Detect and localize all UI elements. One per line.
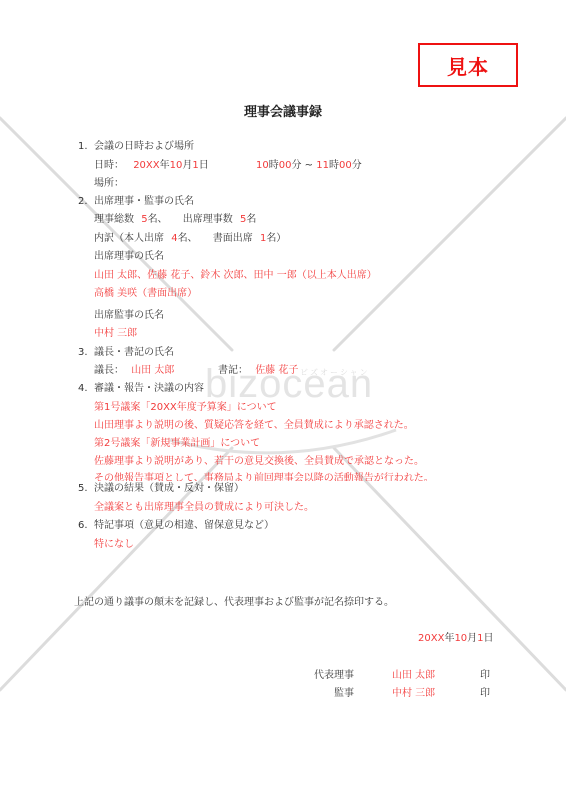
section-5-number: 5. [78,482,88,495]
attendance-breakdown: 内訳（本人出席 4名、 書面出席 1名） [94,232,286,245]
meeting-time: 10時00分 ~ 11時00分 [256,159,362,172]
secretary-label: 書記： [218,365,248,376]
time-start-min-unit: 分 ~ [291,160,316,171]
date-label: 日時： [94,160,124,171]
time-start-hour: 10 [256,160,269,171]
document-page: 見本 理事会議事録 1. 会議の日時および場所 日時： 20XX年10月1日 1… [0,0,566,800]
attending-directors-unit: 名 [246,214,256,225]
chair: 議長： 山田 太郎 [94,364,174,377]
date-year: 20XX [133,160,159,171]
time-end-hour-unit: 時 [329,160,339,171]
section-3-heading: 議長・書記の氏名 [94,346,174,359]
written-label: 書面出席 [213,233,253,244]
signature-name-representative: 山田 太郎 [392,669,435,682]
director-counts: 理事総数 5名、 出席理事数 5名 [94,213,256,226]
signature-seal-representative: 印 [480,669,490,682]
date-month-unit: 月 [182,160,192,171]
date-year-unit: 年 [160,160,170,171]
section-1-number: 1. [78,140,88,153]
directors-line-1: 山田 太郎、佐藤 花子、鈴木 次郎、田中 一郎（以上本人出席） [94,269,377,282]
closing-day-unit: 日 [484,633,494,644]
attending-directors-label: 出席理事数 [183,214,233,225]
section-6-heading: 特記事項（意見の相違、留保意見など） [94,519,274,532]
deliberation-line-1: 第1号議案「20XX年度予算案」について [94,401,277,414]
secretary: 書記： 佐藤 花子 [218,364,298,377]
total-directors-unit: 名、 [148,214,168,225]
sample-stamp: 見本 [418,43,518,87]
chair-name: 山田 太郎 [131,365,174,376]
deliberation-line-2: 山田理事より説明の後、質疑応答を経て、全員賛成により承認された。 [94,419,414,432]
date-month: 10 [170,160,183,171]
in-person-unit: 名、 [178,233,198,244]
section-2-number: 2. [78,195,88,208]
deliberation-line-4: 佐藤理事より説明があり、若干の意見交換後、全員賛成で承認となった。 [94,455,424,468]
secretary-name: 佐藤 花子 [255,365,298,376]
directors-heading: 出席理事の氏名 [94,250,164,263]
section-3-number: 3. [78,346,88,359]
deliberation-line-5: その他報告事項として、事務局より前回理事会以降の活動報告が行われた。 [94,472,434,481]
special-notes: 特になし [94,538,134,551]
signature-role-representative: 代表理事 [306,669,354,682]
page-title: 理事会議事録 [0,101,566,120]
section-1-heading: 会議の日時および場所 [94,140,194,153]
section-4-heading: 審議・報告・決議の内容 [94,382,204,395]
auditor-heading: 出席監事の氏名 [94,309,164,322]
total-directors-label: 理事総数 [94,214,134,225]
time-start-hour-unit: 時 [269,160,279,171]
section-4-number: 4. [78,382,88,395]
time-end-min: 00 [339,160,352,171]
closing-date: 20XX年10月1日 [418,632,494,645]
resolution-result: 全議案とも出席理事全員の賛成により可決した。 [94,501,314,514]
directors-line-2: 高橋 美咲（書面出席） [94,287,197,300]
section-6-number: 6. [78,519,88,532]
date-day-unit: 日 [199,160,209,171]
meeting-datetime: 日時： 20XX年10月1日 [94,159,209,172]
time-end-min-unit: 分 [352,160,362,171]
signature-role-auditor: 監事 [306,687,354,700]
place-label: 場所： [94,177,124,190]
signature-seal-auditor: 印 [480,687,490,700]
closing-year: 20XX [418,633,444,644]
closing-month: 10 [454,633,467,644]
chair-label: 議長： [94,365,124,376]
closing-month-unit: 月 [467,633,477,644]
closing-statement: 上記の通り議事の顛末を記録し、代表理事および監事が記名捺印する。 [74,596,394,609]
auditor-name: 中村 三郎 [94,327,137,340]
deliberation-line-3: 第2号議案「新規事業計画」について [94,437,260,450]
section-5-heading: 決議の結果（賛成・反対・保留） [94,482,244,495]
signature-name-auditor: 中村 三郎 [392,687,435,700]
section-2-heading: 出席理事・監事の氏名 [94,195,194,208]
time-start-min: 00 [279,160,292,171]
closing-year-unit: 年 [444,633,454,644]
breakdown-label: 内訳（本人出席 [94,233,164,244]
time-end-hour: 11 [316,160,329,171]
written-unit: 名） [266,233,286,244]
